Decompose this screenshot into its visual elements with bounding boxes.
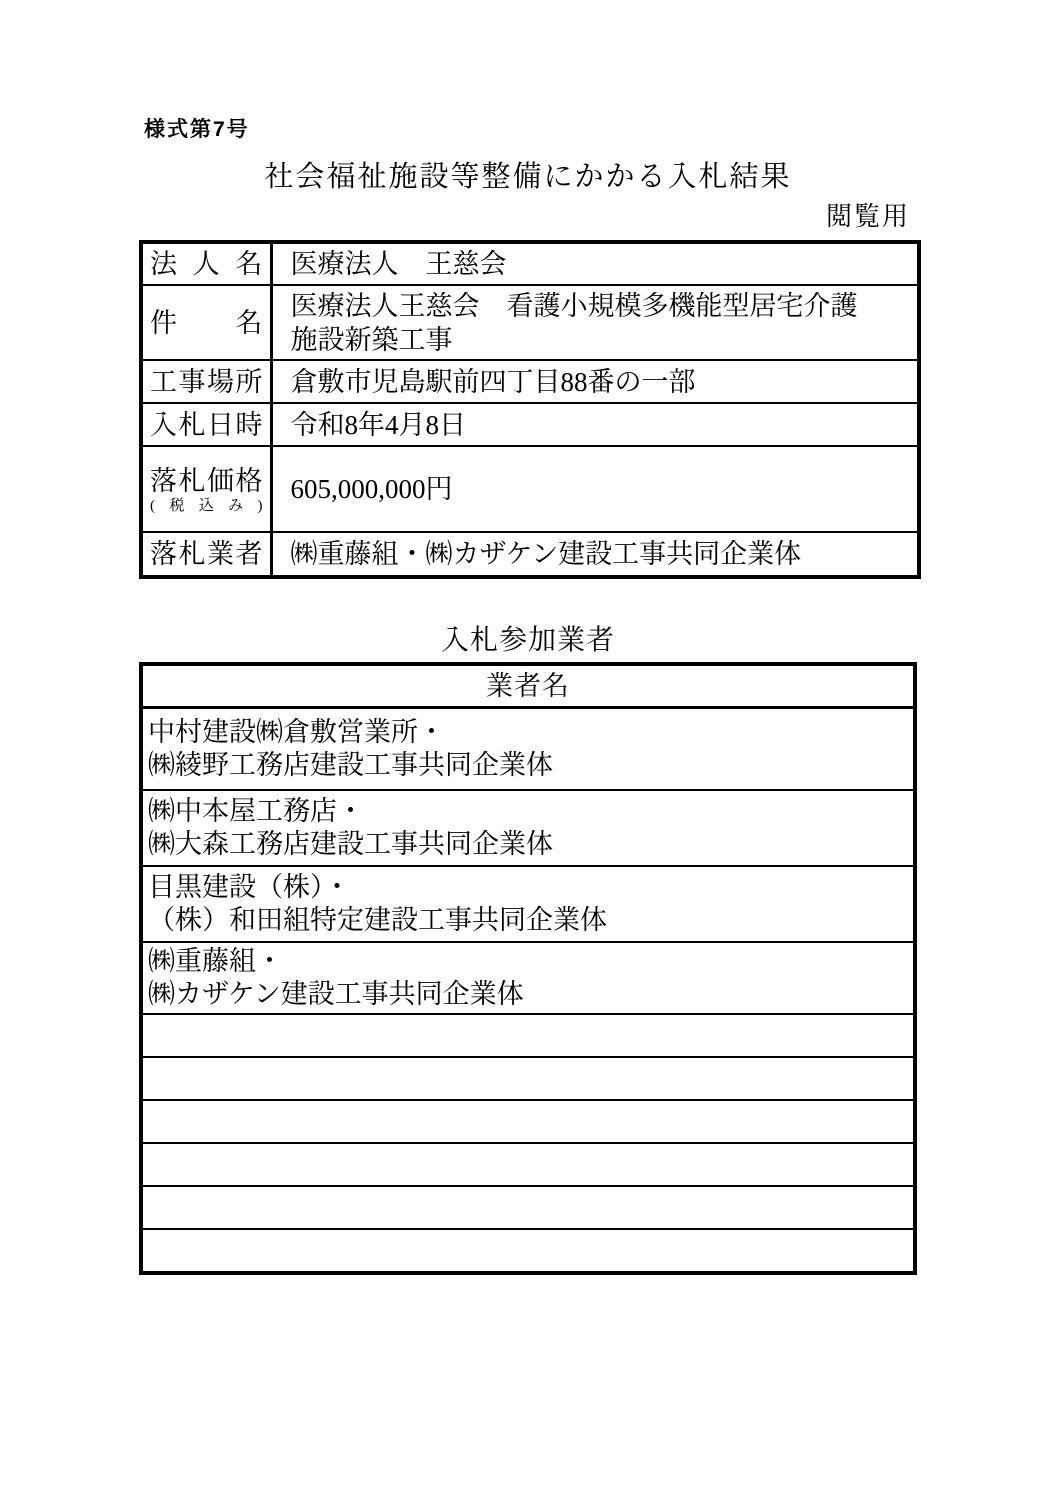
participant-name-empty bbox=[141, 1229, 915, 1273]
document-page: 様式第7号 社会福祉施設等整備にかかる入札結果 閲覧用 法人名 医療法人 王慈会… bbox=[0, 0, 1058, 1496]
participant-row-empty bbox=[141, 1014, 915, 1057]
participants-header-row: 業者名 bbox=[141, 664, 915, 708]
value-winning-bidder: ㈱重藤組・㈱カザケン建設工事共同企業体 bbox=[271, 532, 919, 577]
label-tax-included-note: (税込み) bbox=[150, 498, 263, 515]
participant-row-empty bbox=[141, 1229, 915, 1273]
viewing-label: 閲覧用 bbox=[139, 203, 917, 230]
row-winning-bidder: 落札業者 ㈱重藤組・㈱カザケン建設工事共同企業体 bbox=[141, 532, 919, 577]
page-title: 社会福祉施設等整備にかかる入札結果 bbox=[139, 162, 917, 192]
participant-row-empty bbox=[141, 1057, 915, 1100]
participant-name-empty bbox=[141, 1143, 915, 1186]
label-corporation-name: 法人名 bbox=[141, 242, 271, 285]
participant-name-empty bbox=[141, 1100, 915, 1143]
row-corporation-name: 法人名 医療法人 王慈会 bbox=[141, 242, 919, 285]
form-number: 様式第7号 bbox=[144, 118, 917, 141]
participant-name: ㈱重藤組・ ㈱カザケン建設工事共同企業体 bbox=[141, 942, 915, 1014]
row-bid-date: 入札日時 令和8年4月8日 bbox=[141, 403, 919, 446]
participant-row: ㈱中本屋工務店・ ㈱大森工務店建設工事共同企業体 bbox=[141, 790, 915, 866]
participant-name: 目黒建設（株）・ （株）和田組特定建設工事共同企業体 bbox=[141, 866, 915, 942]
participant-name: 中村建設㈱倉敷営業所・ ㈱綾野工務店建設工事共同企業体 bbox=[141, 708, 915, 791]
document-content: 様式第7号 社会福祉施設等整備にかかる入札結果 閲覧用 法人名 医療法人 王慈会… bbox=[139, 0, 917, 1275]
participants-heading: 入札参加業者 bbox=[139, 626, 917, 655]
row-project-name: 件名 医療法人王慈会 看護小規模多機能型居宅介護 施設新築工事 bbox=[141, 285, 919, 360]
bid-result-table: 法人名 医療法人 王慈会 件名 医療法人王慈会 看護小規模多機能型居宅介護 施設… bbox=[139, 240, 921, 579]
participant-name-empty bbox=[141, 1186, 915, 1229]
label-project-name: 件名 bbox=[141, 285, 271, 360]
row-construction-site: 工事場所 倉敷市児島駅前四丁目88番の一部 bbox=[141, 360, 919, 403]
label-bid-date: 入札日時 bbox=[141, 403, 271, 446]
participant-row: ㈱重藤組・ ㈱カザケン建設工事共同企業体 bbox=[141, 942, 915, 1014]
value-bid-date: 令和8年4月8日 bbox=[271, 403, 919, 446]
participant-name-empty bbox=[141, 1014, 915, 1057]
column-header-vendor-name: 業者名 bbox=[141, 664, 915, 708]
value-construction-site: 倉敷市児島駅前四丁目88番の一部 bbox=[271, 360, 919, 403]
row-winning-price: 落札価格 (税込み) 605,000,000円 bbox=[141, 446, 919, 532]
value-project-name: 医療法人王慈会 看護小規模多機能型居宅介護 施設新築工事 bbox=[271, 285, 919, 360]
value-winning-price: 605,000,000円 bbox=[271, 446, 919, 532]
participant-row: 目黒建設（株）・ （株）和田組特定建設工事共同企業体 bbox=[141, 866, 915, 942]
participant-row-empty bbox=[141, 1186, 915, 1229]
participant-row-empty bbox=[141, 1100, 915, 1143]
label-construction-site: 工事場所 bbox=[141, 360, 271, 403]
participants-table: 業者名 中村建設㈱倉敷営業所・ ㈱綾野工務店建設工事共同企業体 ㈱中本屋工務店・… bbox=[139, 662, 917, 1275]
participant-row-empty bbox=[141, 1143, 915, 1186]
participant-name-empty bbox=[141, 1057, 915, 1100]
value-corporation-name: 医療法人 王慈会 bbox=[271, 242, 919, 285]
label-winning-price-main: 落札価格 bbox=[150, 464, 263, 498]
participant-name: ㈱中本屋工務店・ ㈱大森工務店建設工事共同企業体 bbox=[141, 790, 915, 866]
label-winning-price: 落札価格 (税込み) bbox=[141, 446, 271, 532]
label-winning-bidder: 落札業者 bbox=[141, 532, 271, 577]
participant-row: 中村建設㈱倉敷営業所・ ㈱綾野工務店建設工事共同企業体 bbox=[141, 708, 915, 791]
